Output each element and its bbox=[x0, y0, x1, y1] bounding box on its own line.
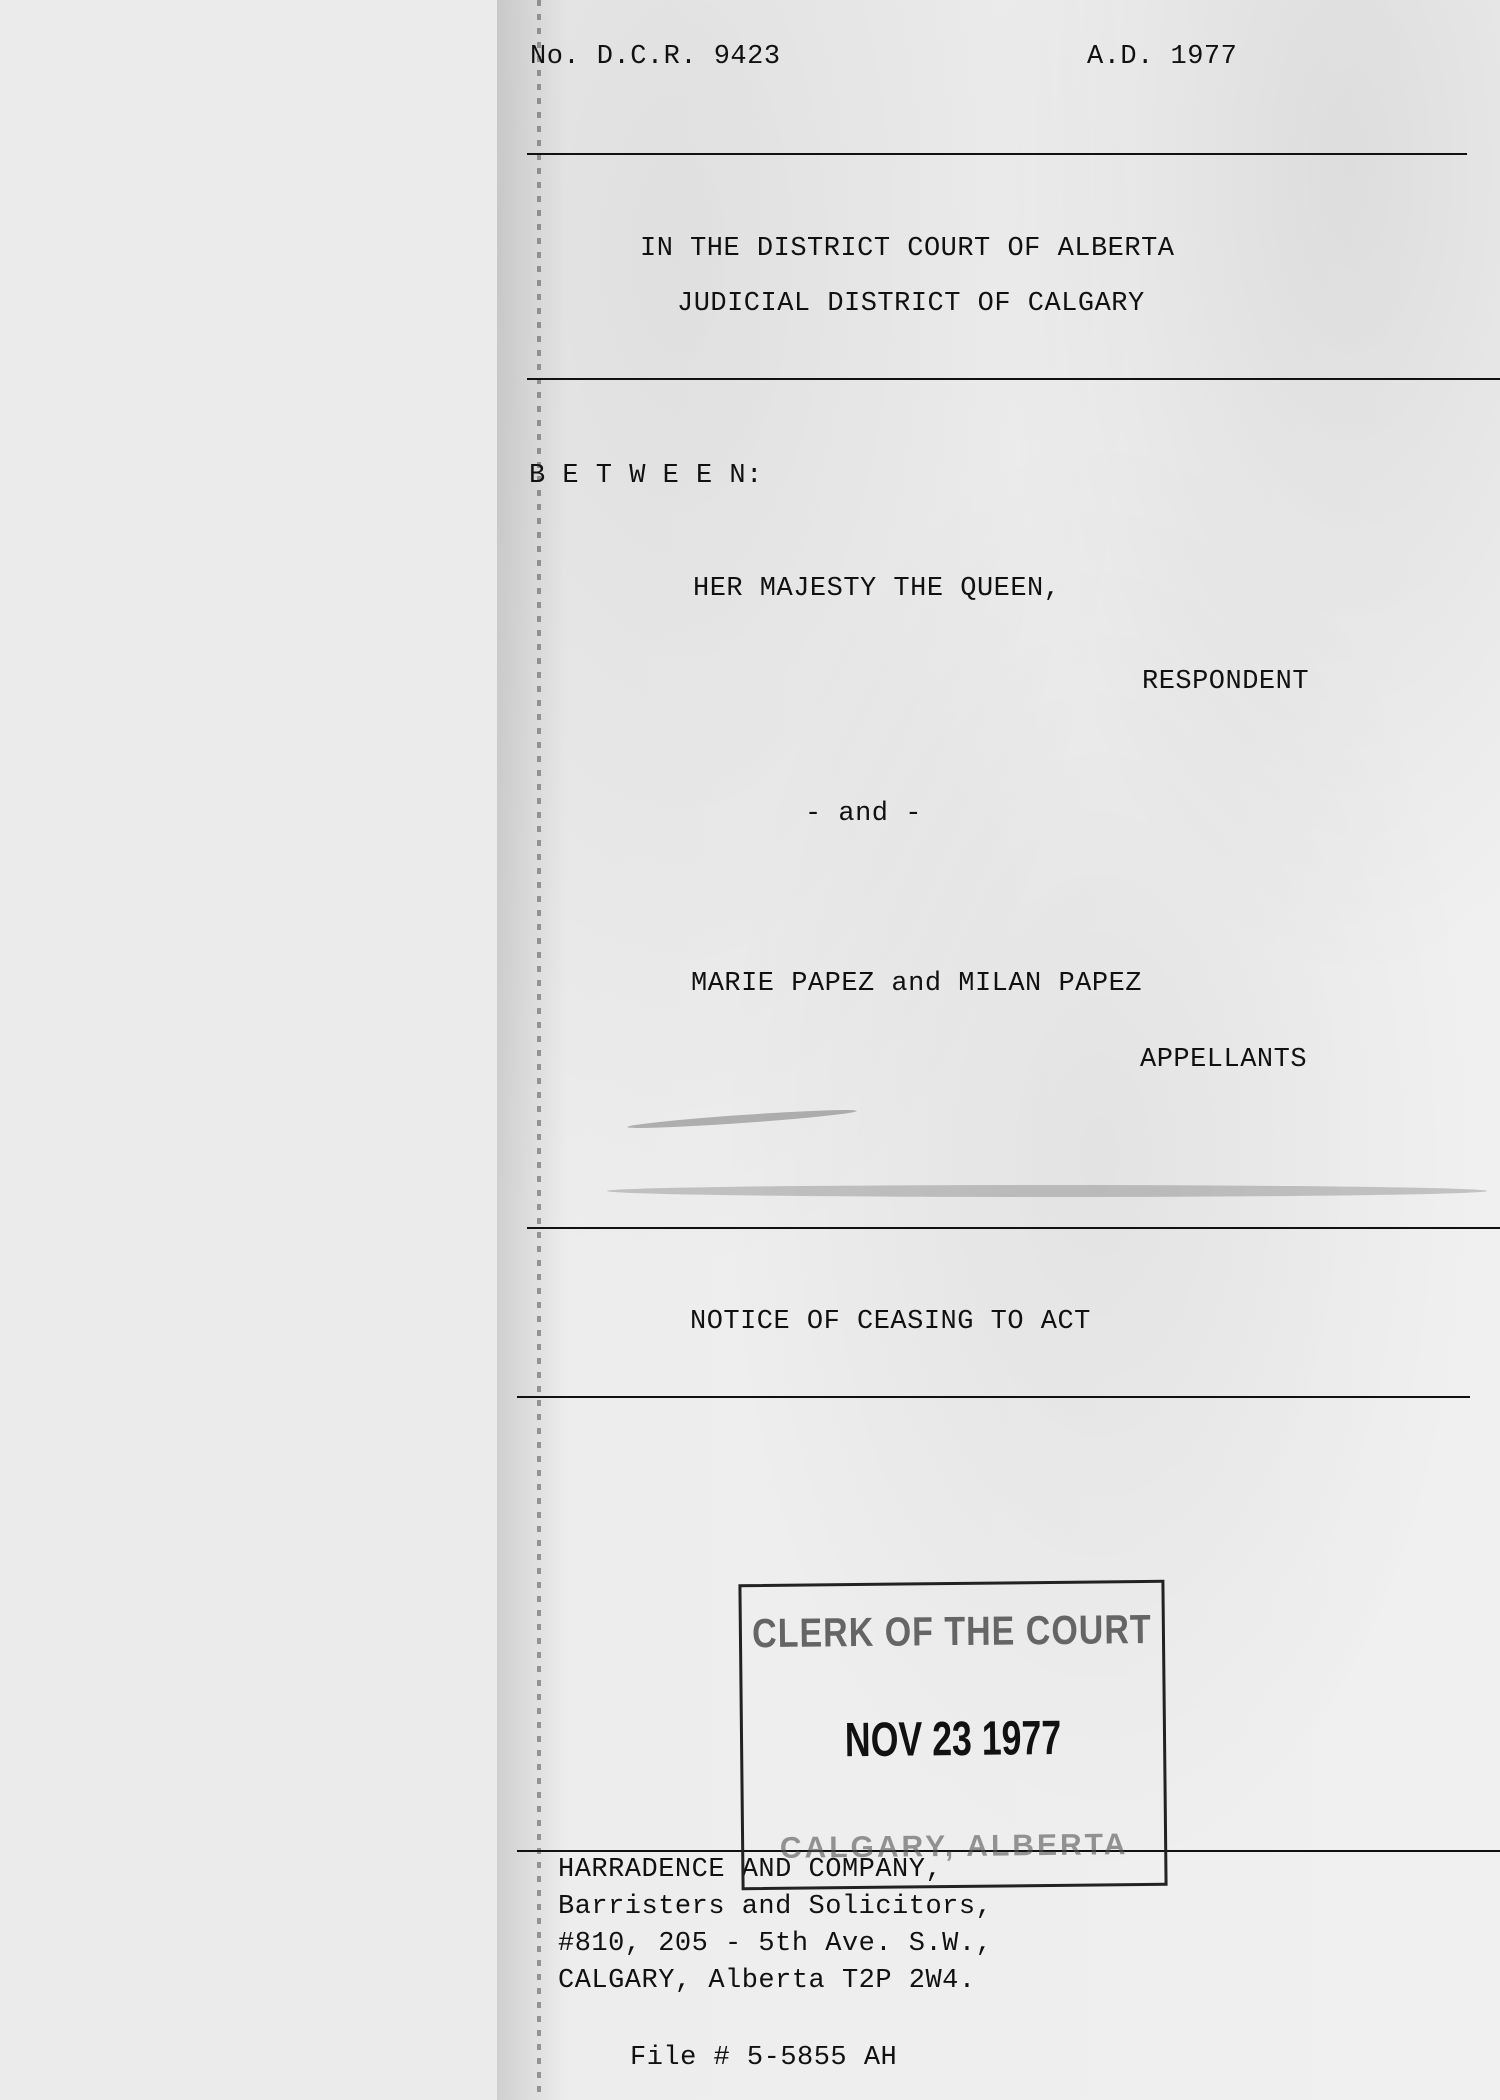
appellants-role: APPELLANTS bbox=[1140, 1045, 1307, 1075]
divider bbox=[527, 153, 1467, 155]
respondent-name: HER MAJESTY THE QUEEN, bbox=[693, 574, 1060, 604]
appellants-names: MARIE PAPEZ and MILAN PAPEZ bbox=[691, 969, 1142, 999]
stamp-office: CLERK OF THE COURT bbox=[742, 1607, 1162, 1658]
firm-description: Barristers and Solicitors, bbox=[558, 1892, 992, 1922]
stamp-location: CALGARY, ALBERTA bbox=[744, 1828, 1164, 1866]
document-title: NOTICE OF CEASING TO ACT bbox=[690, 1307, 1091, 1337]
divider bbox=[527, 1227, 1500, 1229]
divider bbox=[517, 1396, 1470, 1398]
paper-crease bbox=[607, 1185, 1487, 1197]
stamp-date: NOV 23 1977 bbox=[774, 1710, 1132, 1769]
respondent-role: RESPONDENT bbox=[1142, 667, 1309, 697]
divider bbox=[527, 378, 1500, 380]
document-year: A.D. 1977 bbox=[1087, 42, 1237, 72]
court-name: IN THE DISTRICT COURT OF ALBERTA bbox=[640, 234, 1174, 264]
firm-address: #810, 205 - 5th Ave. S.W., bbox=[558, 1929, 992, 1959]
clerk-filing-stamp: CLERK OF THE COURT NOV 23 1977 CALGARY, … bbox=[738, 1580, 1167, 1890]
file-number: File # 5-5855 AH bbox=[630, 2043, 897, 2073]
page-fold-edge bbox=[537, 0, 541, 2100]
judicial-district: JUDICIAL DISTRICT OF CALGARY bbox=[677, 289, 1145, 319]
conjunction: - and - bbox=[805, 799, 922, 829]
case-number: No. D.C.R. 9423 bbox=[530, 42, 781, 72]
between-label: B E T W E E N: bbox=[529, 461, 763, 491]
paper-crease bbox=[627, 1107, 857, 1131]
firm-city: CALGARY, Alberta T2P 2W4. bbox=[558, 1966, 976, 1996]
